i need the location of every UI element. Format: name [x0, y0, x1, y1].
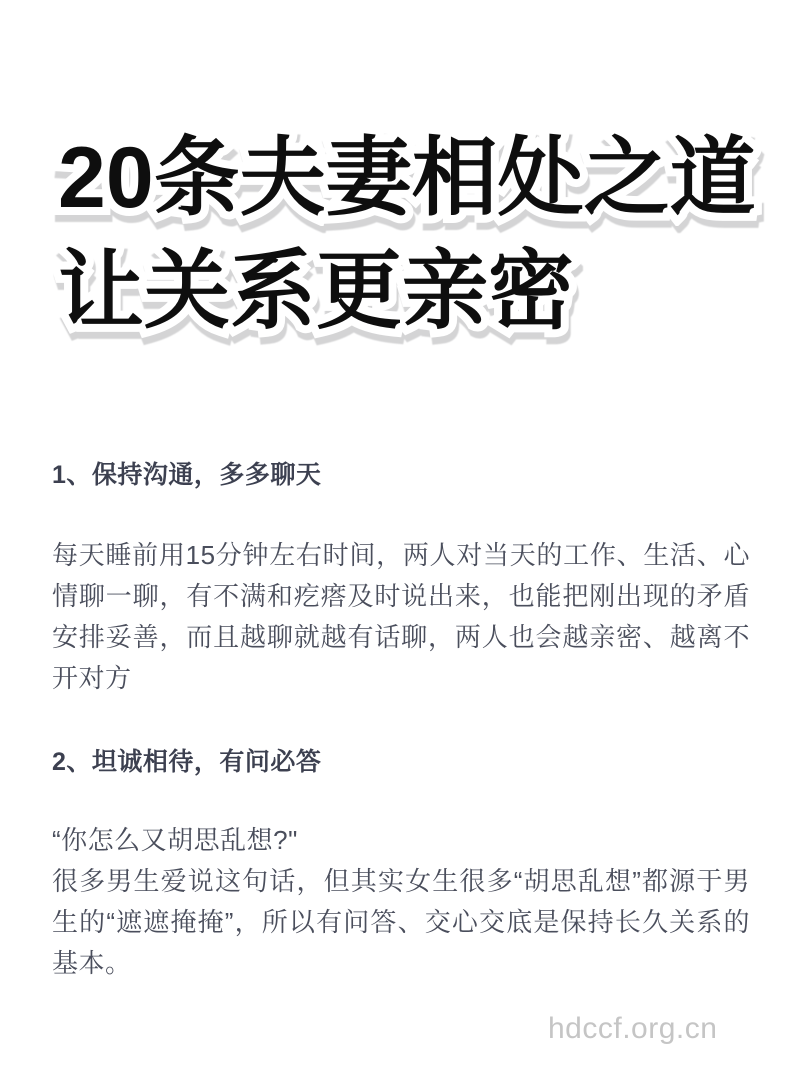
section-1-paragraph: 每天睡前用15分钟左右时间，两人对当天的工作、生活、心情聊一聊，有不满和疙瘩及时… — [52, 535, 750, 699]
section-2-paragraph: 很多男生爱说这句话，但其实女生很多“胡思乱想”都源于男生的“遮遮掩掩”，所以有问… — [52, 861, 750, 984]
section-1-heading: 1、保持沟通，多多聊天 — [52, 458, 750, 493]
section-1: 1、保持沟通，多多聊天 每天睡前用15分钟左右时间，两人对当天的工作、生活、心情… — [52, 458, 750, 699]
section-2-quote: “你怎么又胡思乱想?" — [52, 820, 750, 861]
section-2: 2、坦诚相待，有问必答 “你怎么又胡思乱想?" 很多男生爱说这句话，但其实女生很… — [52, 745, 750, 984]
article-page: 20条夫妻相处之道 20条夫妻相处之道 让关系更亲密 让关系更亲密 1、保持沟通… — [0, 0, 800, 1068]
title-line-2: 让关系更亲密 让关系更亲密 — [58, 235, 750, 348]
title-line-1: 20条夫妻相处之道 20条夫妻相处之道 — [58, 122, 750, 235]
title-block: 20条夫妻相处之道 20条夫妻相处之道 让关系更亲密 让关系更亲密 — [58, 0, 750, 348]
title-line-2-text: 让关系更亲密 — [58, 243, 574, 339]
section-2-heading: 2、坦诚相待，有问必答 — [52, 745, 750, 780]
title-line-1-text: 20条夫妻相处之道 — [58, 130, 756, 226]
watermark: hdccf.org.cn — [548, 1012, 717, 1046]
